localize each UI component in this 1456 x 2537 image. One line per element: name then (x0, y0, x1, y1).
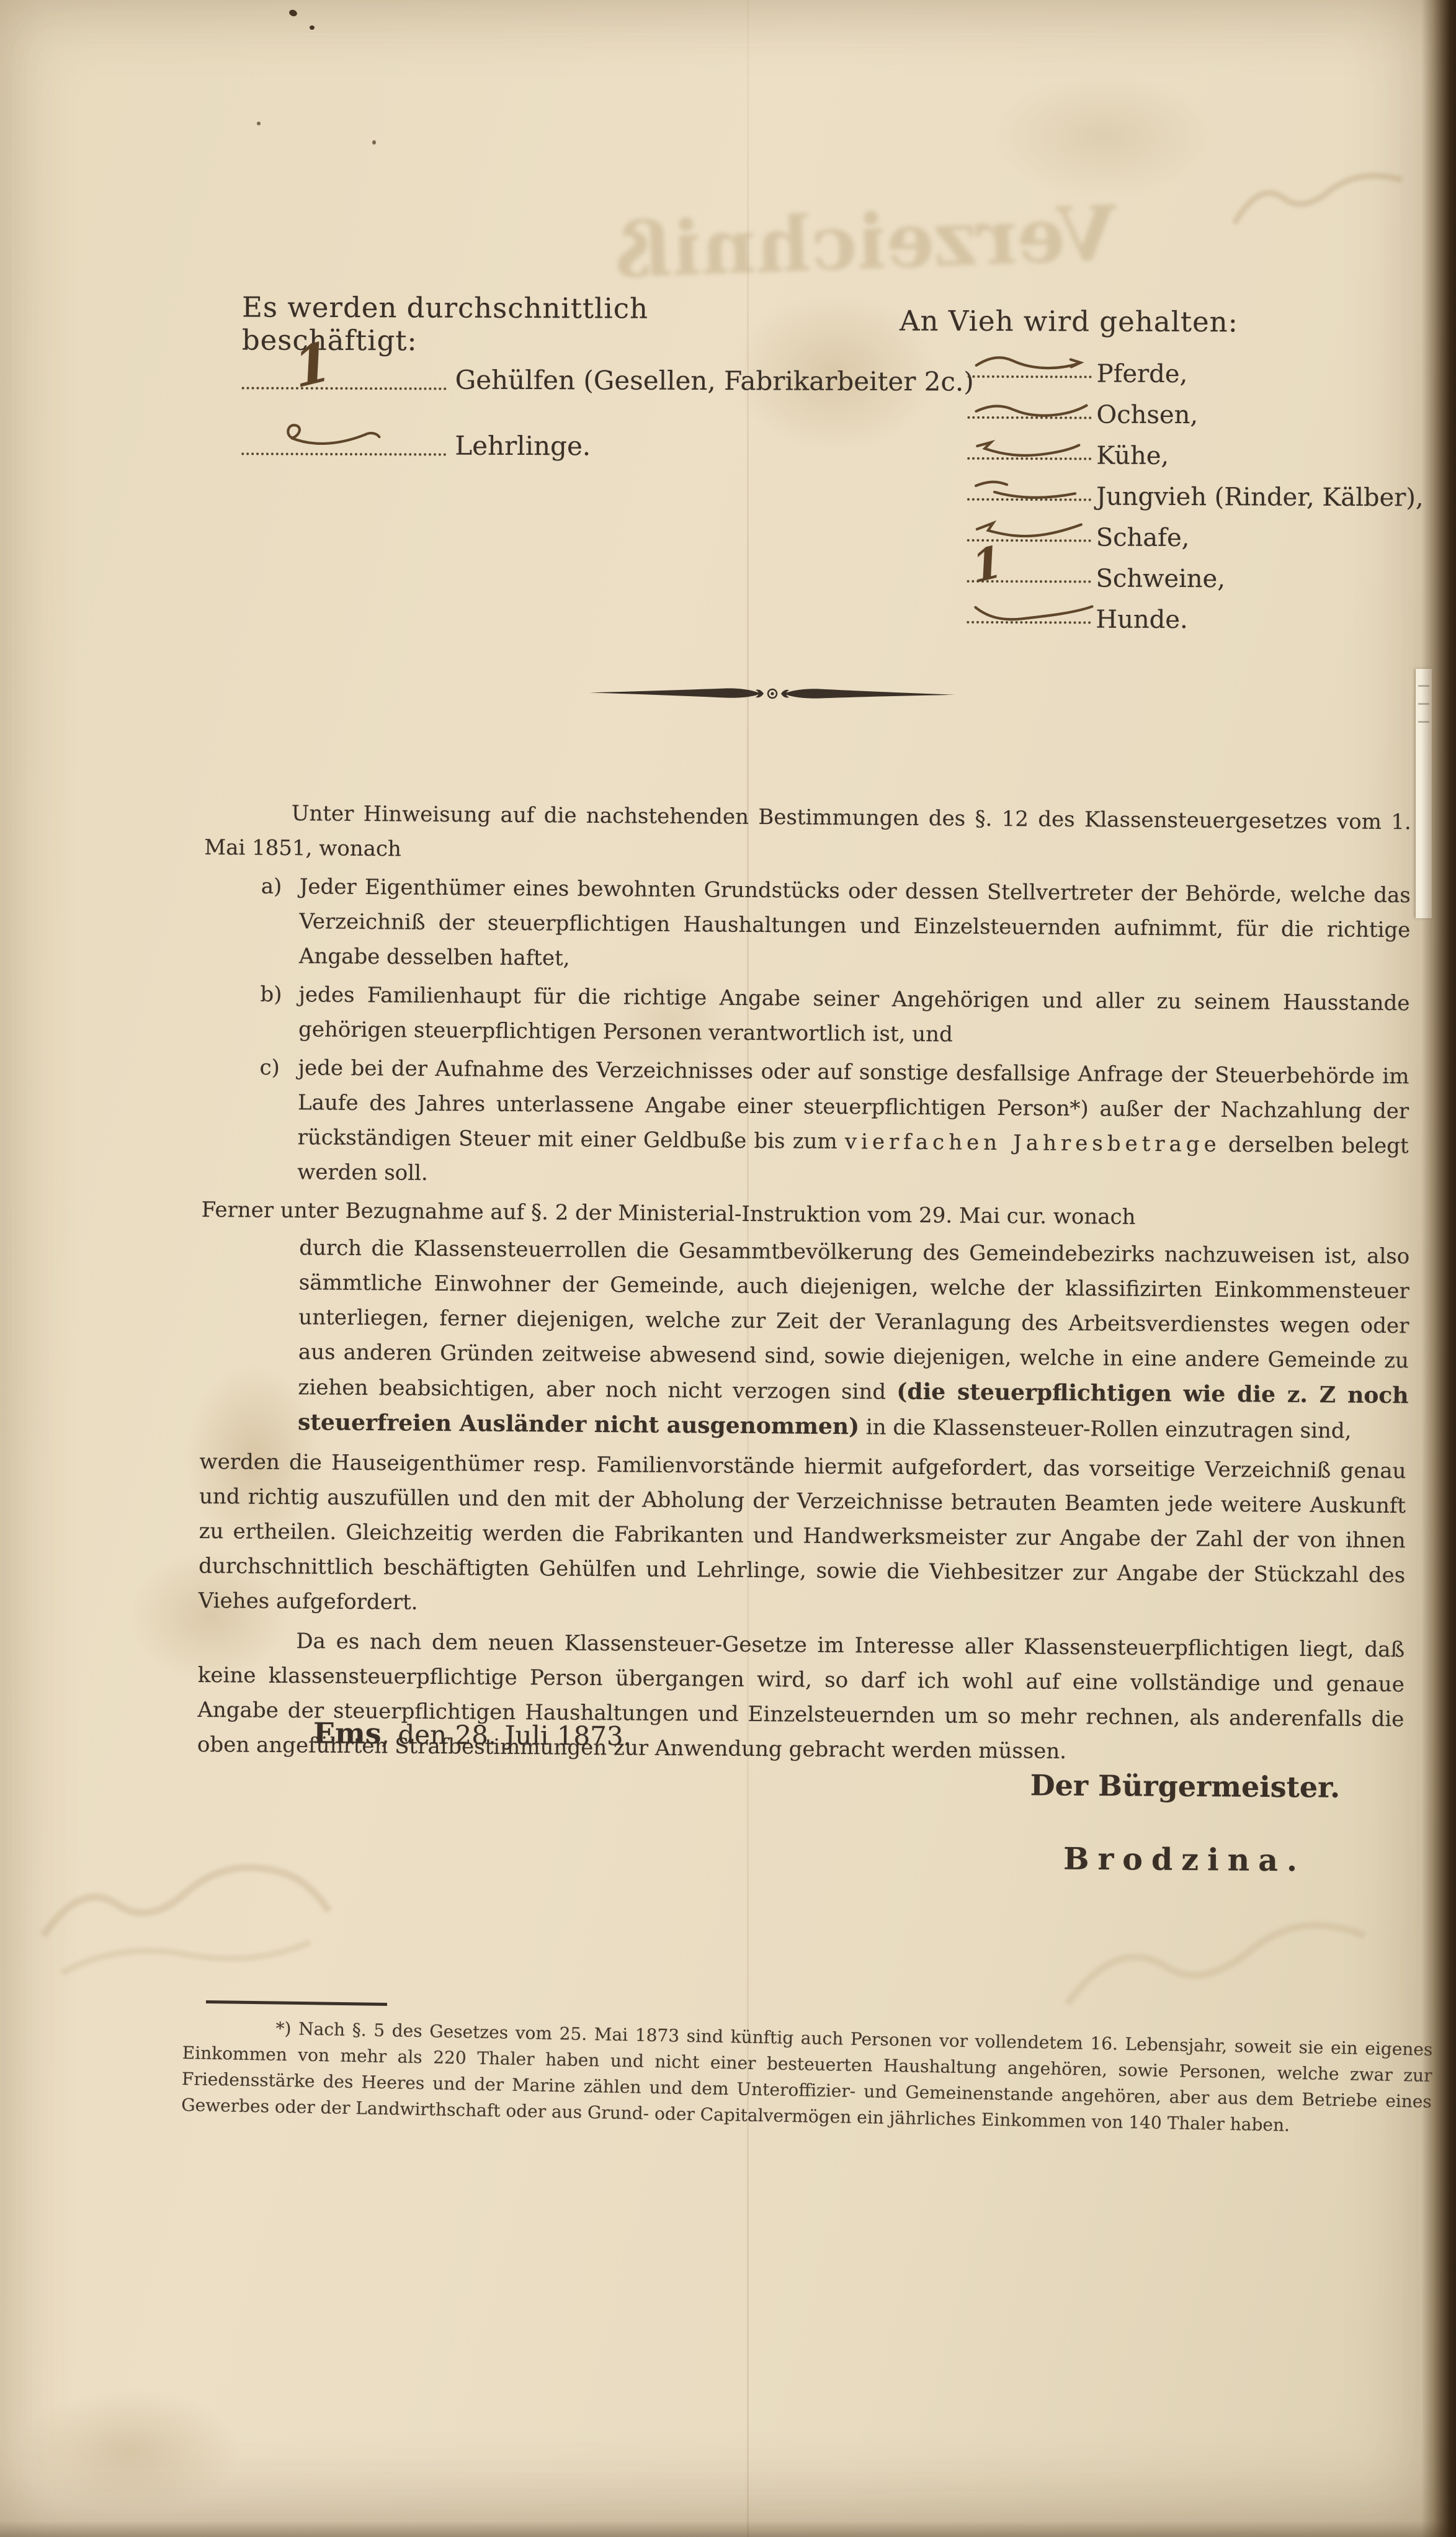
livestock-entry-label: Schafe, (1096, 524, 1190, 553)
signature-name: Brodzina. (980, 1840, 1389, 1879)
dotted-answer-line (967, 580, 1091, 583)
ornamental-divider (589, 680, 955, 707)
bleedthrough-handwriting (1228, 149, 1427, 261)
livestock-entry-jungvieh: Jungvieh (Rinder, Kälber), (899, 470, 1445, 513)
item-text: Jeder Eigenthümer eines bewohnten Grunds… (299, 869, 1411, 982)
signature-block: Der Bürgermeister. Brodzina. (980, 1768, 1390, 1879)
livestock-entry-label: Pferde, (1097, 360, 1188, 389)
signature-title: Der Bürgermeister. (980, 1768, 1390, 1805)
dotted-answer-line (242, 387, 447, 390)
ink-spot (372, 140, 376, 145)
dateline-place: Ems (313, 1716, 382, 1750)
dotted-answer-line (967, 498, 1091, 501)
livestock-entry-pferde: Pferde, (900, 347, 1445, 390)
livestock-list: Pferde, Ochsen, Kühe, (898, 347, 1445, 636)
livestock-entry-kuehe: Kühe, (899, 429, 1445, 472)
dotted-answer-line (967, 621, 1091, 624)
bleedthrough-handwriting (37, 1837, 335, 1985)
paper-stain (19, 2389, 242, 2513)
ink-spot (257, 122, 261, 125)
livestock-entry-hunde: Hunde. (898, 593, 1444, 636)
employment-entry-label: Gehülfen (Gesellen, Fabrikarbeiter 2c.) (455, 365, 974, 397)
item-text: jede bei der Aufnahme des Verzeichnisses… (297, 1050, 1409, 1198)
livestock-entry-label: Schweine, (1096, 565, 1225, 594)
item-marker: a) (261, 869, 300, 973)
item-marker: b) (260, 977, 299, 1047)
ink-spot (288, 9, 298, 17)
livestock-entry-schweine: 1 Schweine, (898, 552, 1444, 595)
employment-entry-gehuelfen: 1 Gehülfen (Gesellen, Fabrikarbeiter 2c.… (242, 364, 974, 396)
item-text: jedes Familienhaupt für die richtige Ang… (298, 977, 1410, 1055)
employment-entry-label: Lehrlinge. (455, 431, 591, 462)
employment-heading: Es werden durchschnittlich beschäftigt: (242, 290, 788, 358)
livestock-entry-label: Kühe, (1096, 442, 1169, 470)
dotted-answer-line (967, 457, 1091, 460)
dotted-answer-line (968, 375, 1092, 378)
bottom-edge-shadow (0, 2521, 1456, 2537)
livestock-entry-ochsen: Ochsen, (899, 388, 1445, 431)
item-marker: c) (259, 1050, 298, 1189)
scanned-document-page: Verzeichniß Es werden durchschnittlich b… (0, 0, 1456, 2537)
livestock-entry-schafe: Schafe, (899, 511, 1445, 554)
ink-spot (310, 25, 315, 30)
employment-entry-lehrlinge: Lehrlinge. (241, 429, 591, 461)
notice-request-paragraph: werden die Hauseigenthümer resp. Familie… (199, 1444, 1406, 1627)
livestock-entry-label: Jungvieh (Rinder, Kälber), (1096, 483, 1424, 512)
book-edge-shadow (1421, 0, 1456, 2537)
notice-instruction-block: durch die Klassensteuerrollen die Gesamm… (298, 1230, 1410, 1449)
emphasized-spaced-text: vierfachen Jahresbetrage (845, 1129, 1221, 1157)
notice-item-c: c) jede bei der Aufnahme des Verzeichnis… (259, 1050, 1409, 1199)
livestock-heading: An Vieh wird gehalten: (900, 304, 1445, 339)
dateline-date: , den 28. Juli 1873. (381, 1719, 632, 1752)
footnote-text: *) Nach §. 5 des Gesetzes vom 25. Mai 18… (181, 2014, 1433, 2141)
livestock-section: An Vieh wird gehalten: Pferde, Ochsen, (900, 304, 1445, 339)
paper-stain (993, 74, 1216, 199)
dotted-answer-line (967, 539, 1091, 542)
notice-intro: Unter Hinweisung auf die nachstehenden B… (204, 795, 1411, 874)
dotted-answer-line (241, 452, 446, 455)
notice-item-b: b) jedes Familienhaupt für die richtige … (260, 977, 1410, 1056)
dotted-answer-line (967, 416, 1091, 419)
employment-section: Es werden durchschnittlich beschäftigt: … (242, 290, 788, 358)
footnote-rule (206, 2000, 387, 2006)
livestock-entry-label: Hunde. (1096, 606, 1188, 635)
dateline: Ems, den 28. Juli 1873. (313, 1716, 632, 1752)
handwritten-flourish-mark (275, 419, 393, 457)
notice-reference-line: Ferner unter Bezugnahme auf §. 2 der Min… (202, 1192, 1408, 1237)
livestock-entry-label: Ochsen, (1096, 401, 1198, 430)
notice-item-a: a) Jeder Eigenthümer eines bewohnten Gru… (261, 869, 1411, 983)
bleedthrough-handwriting (1055, 1892, 1377, 2054)
notice-body: Unter Hinweisung auf die nachstehenden B… (197, 795, 1411, 1771)
bleedthrough-title: Verzeichniß (520, 188, 1118, 298)
notice-item-list: a) Jeder Eigenthümer eines bewohnten Gru… (259, 869, 1411, 1199)
